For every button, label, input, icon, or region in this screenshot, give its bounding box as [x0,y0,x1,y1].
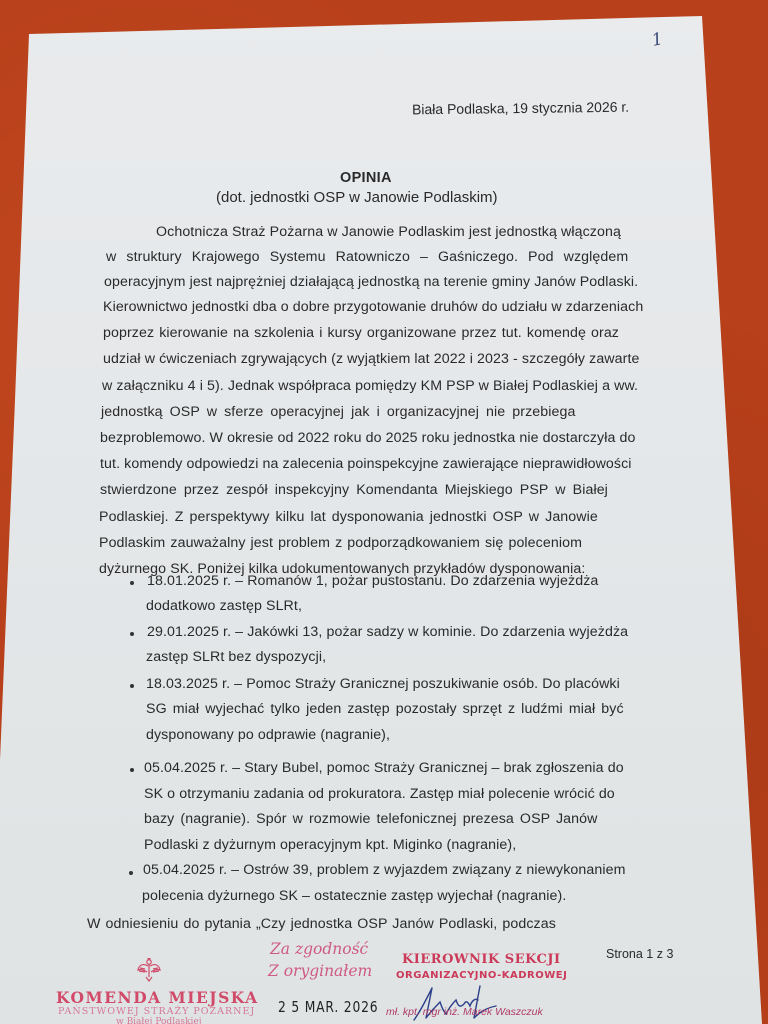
incident-line: dysponowany po odprawie (nagranie), [146,727,390,743]
office-stamp-subtitle: PAŃSTWOWEJ STRAŻY POŻARNEJ [58,1006,255,1017]
paragraph-line: tut. komendy odpowiedzi na zalecenia poi… [100,456,632,472]
paragraph-line: udział w ćwiczeniach zgrywających (z wyj… [103,351,640,367]
document-title: OPINIA [340,170,392,186]
incident-line: 05.04.2025 r. – Stary Bubel, pomoc Straż… [144,760,624,776]
incident-line: dodatkowo zastęp SLRt, [146,598,302,614]
paragraph-line: Ochotnicza Straż Pożarna w Janowie Podla… [156,224,621,240]
bullet-icon [130,768,134,772]
paragraph-line: Podlaskiej. Z perspektywy kilku lat dysp… [99,509,598,525]
certification-date-stamp: 2 5 MAR. 2026 [278,998,378,1016]
office-stamp-name: KOMENDA MIEJSKA [56,988,259,1007]
incident-line: 05.04.2025 r. – Ostrów 39, problem z wyj… [143,862,626,878]
incident-line: 18.03.2025 r. – Pomoc Straży Granicznej … [146,676,620,692]
paragraph-line: Podlaskim zauważalny jest problem z podp… [99,535,582,551]
incident-line: Podlaski z dyżurnym operacyjnym kpt. Mig… [144,837,516,853]
incident-line: bazy (nagranie). Spór w rozmowie telefon… [144,811,598,827]
paragraph-line: poprzez kierowanie na szkolenia i kursy … [103,325,619,341]
section-head-stamp-title: KIEROWNIK SEKCJI [402,952,561,967]
bullet-icon [130,581,134,585]
paragraph-line: w załączniku 4 i 5). Jednak współpraca p… [102,378,638,394]
incident-line: zastęp SLRt bez dyspozycji, [146,649,326,665]
paragraph-line: jednostką OSP w sferze operacyjnej jak i… [101,404,575,420]
document-subtitle: (dot. jednostki OSP w Janowie Podlaskim) [216,189,498,206]
incident-line: SK o otrzymaniu zadania od prokuratora. … [144,786,615,802]
signer-name: mł. kpt. mgr inż. Marek Waszczuk [386,1006,543,1018]
section-head-stamp-subtitle: ORGANIZACYJNO-KADROWEJ [396,970,567,981]
eagle-emblem-icon [136,957,162,983]
office-stamp-city: w Białej Podlaskiej [116,1017,202,1024]
closing-line: W odniesieniu do pytania „Czy jednostka … [87,916,556,932]
paragraph-line: operacyjnym jest najprężniej działającą … [104,274,638,290]
paragraph-line: Kierownictwo jednostki dba o dobre przyg… [103,299,643,315]
incident-line: 18.01.2025 r. – Romanów 1, pożar pustost… [147,573,598,589]
paragraph-line: stwierdzone przez zespół inspekcyjny Kom… [100,482,608,498]
place-date: Biała Podlaska, 19 stycznia 2026 r. [412,99,629,118]
certification-stamp-line2: Z oryginałem [268,962,372,980]
bullet-icon [130,632,134,636]
paragraph-line: bezproblemowo. W okresie od 2022 roku do… [100,430,636,446]
bullet-icon [130,684,134,688]
page-footer: Strona 1 z 3 [606,947,673,961]
paragraph-line: w struktury Krajowego Systemu Ratowniczo… [106,249,628,265]
bullet-icon [129,871,133,875]
incident-line: SG miał wyjechać tylko jeden zastęp pozo… [146,701,624,717]
incident-line: 29.01.2025 r. – Jakówki 13, pożar sadzy … [147,624,628,640]
incident-line: polecenia dyżurnego SK – ostatecznie zas… [142,888,566,904]
certification-stamp-line1: Za zgodność [270,940,368,958]
